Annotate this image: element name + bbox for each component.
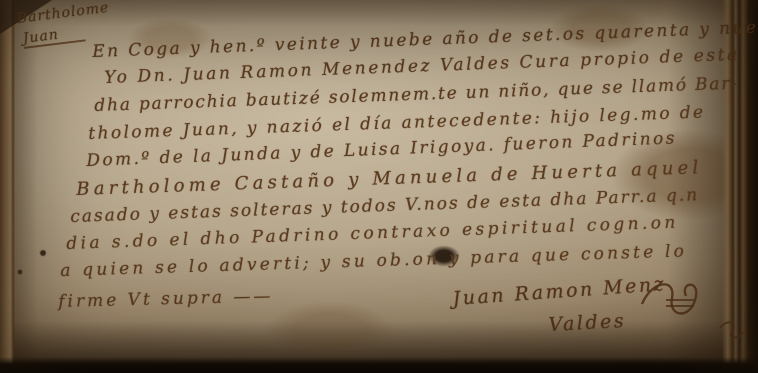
bottom-black-band: [0, 357, 758, 373]
left-page-edge: [0, 0, 15, 373]
signature-surname: Valdes: [548, 310, 627, 336]
manuscript-photo: Bartholome Juan En Coga y hen.º veinte y…: [0, 0, 758, 373]
signature-rubric-flourish: [636, 270, 746, 350]
